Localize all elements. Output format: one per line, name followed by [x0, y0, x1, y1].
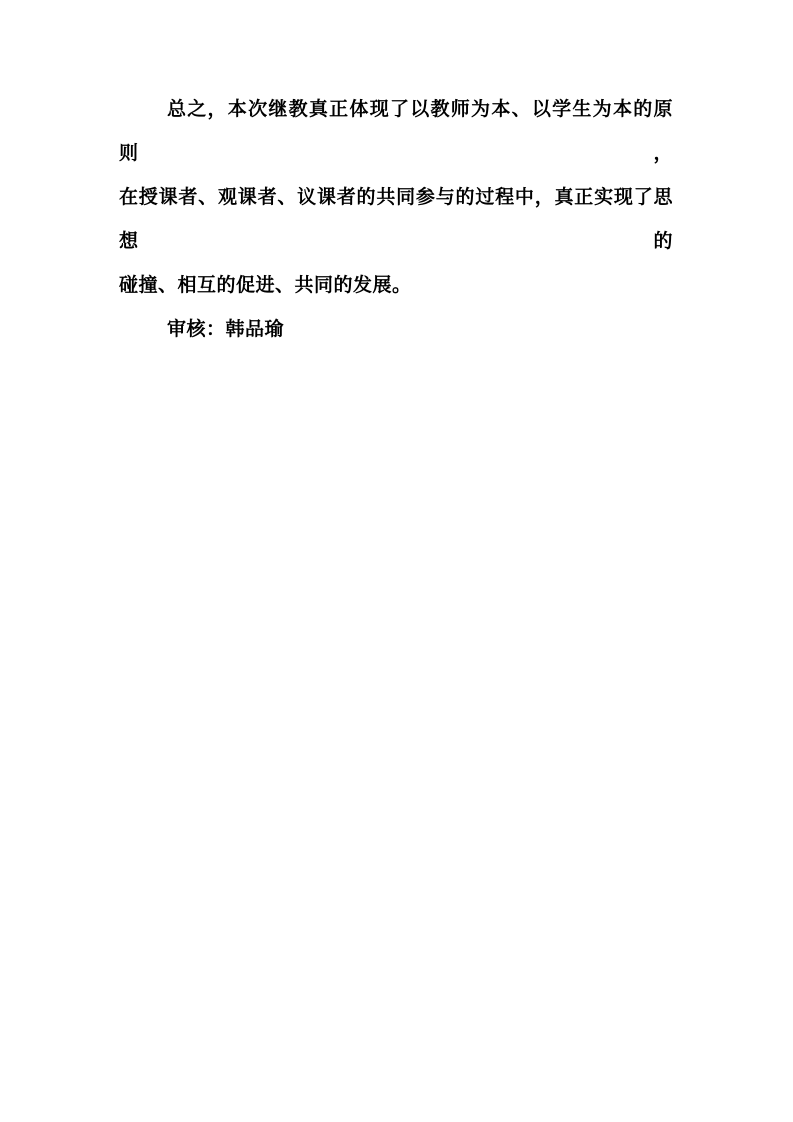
document-page: 总之，本次继教真正体现了以教师为本、以学生为本的原则， 在授课者、观课者、议课者…: [0, 0, 793, 1122]
summary-paragraph: 总之，本次继教真正体现了以教师为本、以学生为本的原则， 在授课者、观课者、议课者…: [119, 88, 673, 308]
reviewer-line: 审核：韩品瑜: [119, 308, 673, 352]
text-line: 总之，本次继教真正体现了以教师为本、以学生为本的原则，: [119, 88, 673, 176]
text-line: 在授课者、观课者、议课者的共同参与的过程中，真正实现了思想的: [119, 176, 673, 264]
reviewer-paragraph: 审核：韩品瑜: [119, 308, 673, 352]
text-line: 碰撞、相互的促进、共同的发展。: [119, 264, 673, 308]
